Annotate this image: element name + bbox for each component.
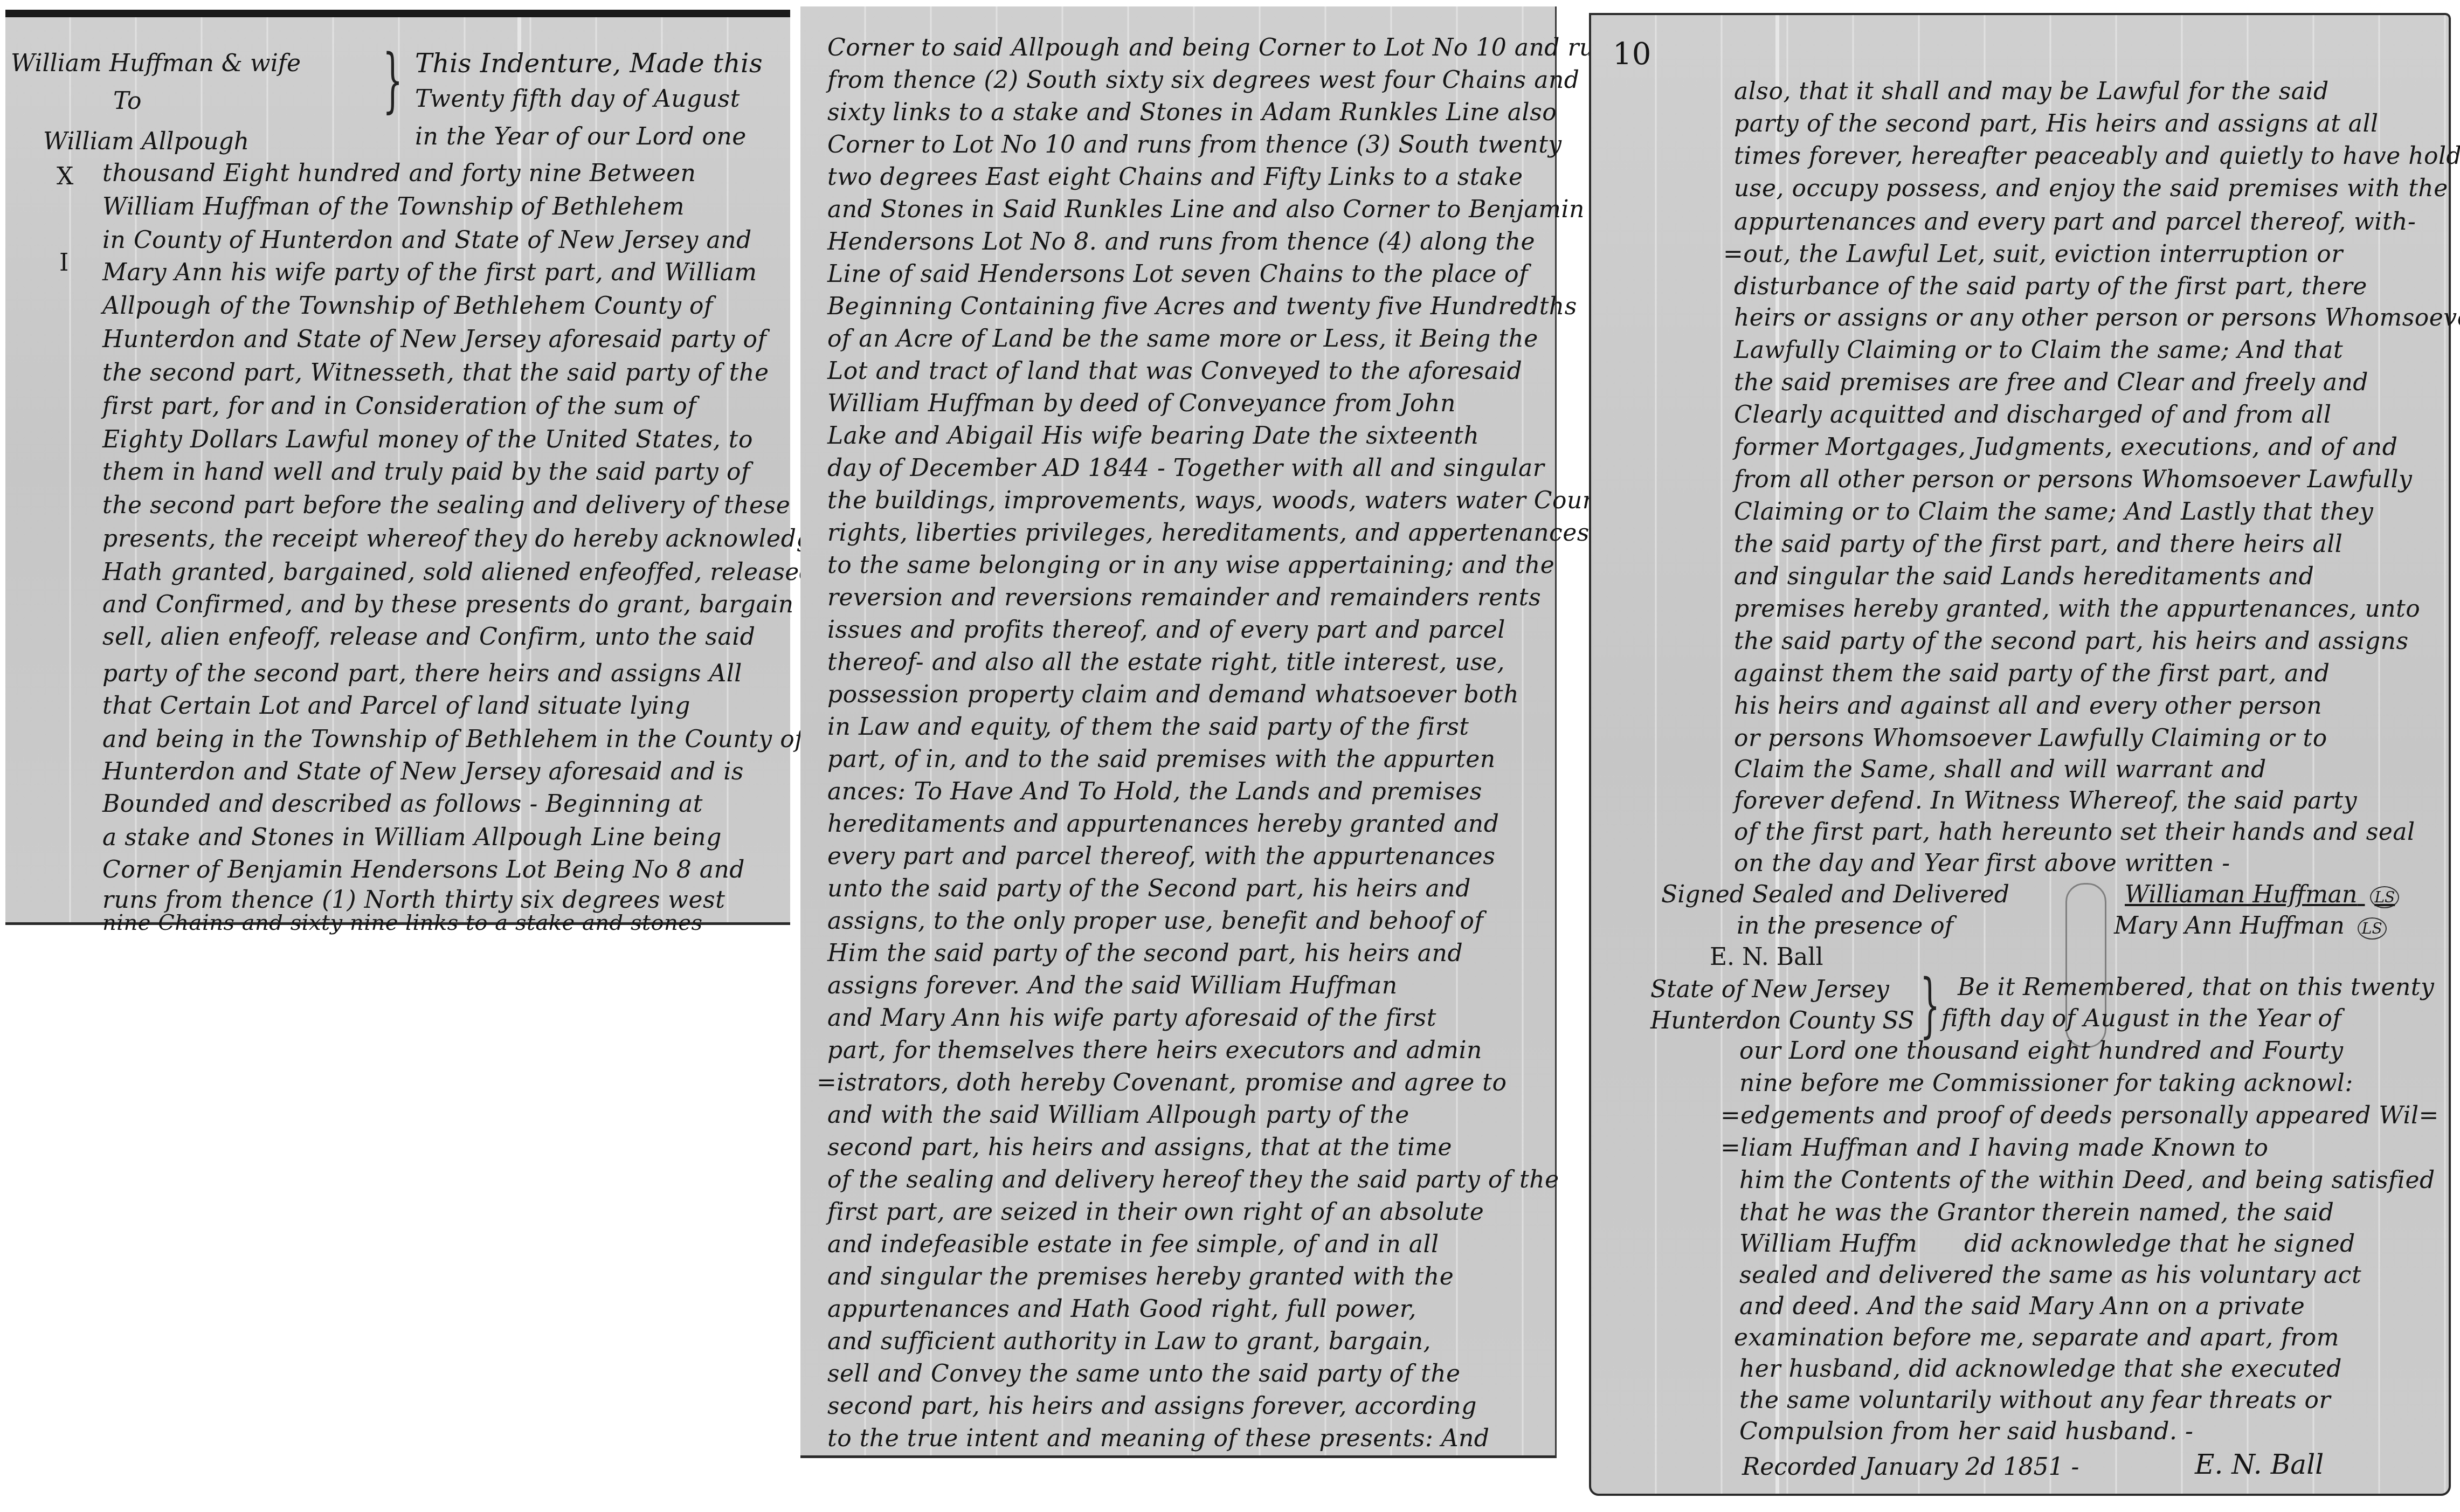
deed-line: his heirs and against all and every othe…: [1734, 694, 2322, 718]
margin-caption-to: To: [113, 87, 141, 115]
deed-line: party of the second part, His heirs and …: [1734, 112, 2379, 136]
seal-ls-icon: LS: [2358, 917, 2387, 940]
deed-line: Lake and Abigail His wife bearing Date t…: [827, 424, 1479, 448]
deed-line: from all other person or persons Whomsoe…: [1734, 468, 2412, 492]
deed-line: to the true intent and meaning of these …: [827, 1427, 1490, 1451]
deed-line: thereof- and also all the estate right, …: [827, 651, 1505, 674]
presence-label: in the presence of: [1737, 912, 1953, 940]
deed-line: appurtenances and Hath Good right, full …: [827, 1297, 1416, 1321]
deed-line: Hath granted, bargained, sold aliened en…: [102, 561, 815, 584]
deed-line: a stake and Stones in William Allpough L…: [102, 826, 722, 850]
signature-name: Williaman Huffman: [2125, 881, 2357, 908]
deed-line: also, that it shall and may be Lawful fo…: [1734, 80, 2329, 103]
commissioner-signature: E. N. Ball: [2195, 1449, 2324, 1480]
deed-line: presents, the receipt whereof they do he…: [102, 527, 826, 551]
deed-line: of the sealing and delivery hereof they …: [827, 1168, 1559, 1192]
deed-line: Line of said Hendersons Lot seven Chains…: [827, 263, 1528, 286]
deed-line: rights, liberties privileges, hereditame…: [827, 521, 1590, 545]
ack-line: nine before me Commissioner for taking a…: [1739, 1072, 2353, 1095]
deed-line: and sufficient authority in Law to grant…: [827, 1330, 1431, 1354]
deed-line: =istrators, doth hereby Covenant, promis…: [817, 1071, 1507, 1095]
margin-caption-grantor: William Huffman & wife: [11, 50, 301, 77]
deed-line: Corner to said Allpough and being Corner…: [827, 36, 1623, 60]
page-number: 10: [1613, 37, 1651, 72]
ack-line: the same voluntarily without any fear th…: [1739, 1389, 2331, 1412]
deed-line: times forever, hereafter peaceably and q…: [1734, 144, 2460, 168]
deed-line: Allpough of the Township of Bethlehem Co…: [102, 294, 713, 318]
ack-line: examination before me, separate and apar…: [1734, 1326, 2339, 1350]
deed-line: Hendersons Lot No 8. and runs from thenc…: [827, 230, 1535, 254]
deed-line: the buildings, improvements, ways, woods…: [827, 489, 1633, 513]
deed-line: nine Chains and sixty nine links to a st…: [102, 912, 703, 934]
deed-line: ances: To Have And To Hold, the Lands an…: [827, 780, 1482, 804]
deed-line: Hunterdon and State of New Jersey afores…: [102, 760, 744, 784]
deed-line: and singular the said Lands hereditament…: [1734, 565, 2314, 589]
deed-line: Twenty fifth day of August: [415, 87, 740, 111]
deed-line: forever defend. In Witness Whereof, the …: [1734, 789, 2357, 813]
deed-line: on the day and Year first above written …: [1734, 852, 2230, 875]
deed-line: Lawfully Claiming or to Claim the same; …: [1734, 339, 2343, 362]
deed-line: the said party of the first part, and th…: [1734, 533, 2342, 556]
ack-line: Compulsion from her said husband. -: [1739, 1420, 2193, 1444]
deed-line: Claiming or to Claim the same; And Lastl…: [1734, 500, 2373, 524]
margin-mark-i: I: [59, 249, 68, 277]
deed-line: Him the said party of the second part, h…: [827, 942, 1463, 965]
ack-line: William Huffm did acknowledge that he si…: [1739, 1232, 2355, 1256]
deed-line: unto the said party of the Second part, …: [827, 877, 1471, 901]
ack-line: Be it Remembered, that on this twenty: [1958, 976, 2434, 999]
ack-line: sealed and delivered the same as his vol…: [1739, 1264, 2361, 1287]
deed-line: first part, for and in Consideration of …: [102, 395, 696, 418]
venue-state: State of New Jersey: [1650, 976, 1889, 1003]
venue-brace: }: [1920, 964, 1940, 1046]
deed-line: and Stones in Said Runkles Line and also…: [827, 198, 1585, 222]
recorded-date: Recorded January 2d 1851 -: [1742, 1453, 2079, 1481]
deed-line: and Confirmed, and by these presents do …: [102, 593, 794, 617]
deed-line: reversion and reversions remainder and r…: [827, 586, 1541, 610]
deed-line: use, occupy possess, and enjoy the said …: [1734, 177, 2448, 201]
deed-line: Mary Ann his wife party of the first par…: [102, 261, 757, 285]
deed-line: the second part, Witnesseth, that the sa…: [102, 361, 769, 385]
ack-line: him the Contents of the within Deed, and…: [1739, 1169, 2435, 1192]
deed-line: William Huffman by deed of Conveyance fr…: [827, 392, 1456, 416]
deed-line: runs from thence (1) North thirty six de…: [102, 888, 725, 912]
deed-line: assigns, to the only proper use, benefit…: [827, 909, 1483, 933]
grantor-signature-william: Williaman Huffman LS: [2125, 881, 2399, 908]
deed-line: sixty links to a stake and Stones in Ada…: [827, 101, 1557, 125]
deed-line: day of December AD 1844 - Together with …: [827, 457, 1544, 480]
deed-line: them in hand well and truly paid by the …: [102, 460, 750, 484]
witness-signature: E. N. Ball: [1710, 943, 1823, 971]
deed-line: of an Acre of Land be the same more or L…: [827, 327, 1538, 351]
deed-page-middle: Corner to said Allpough and being Corner…: [800, 6, 1557, 1458]
ack-line: and deed. And the said Mary Ann on a pri…: [1739, 1295, 2305, 1318]
deed-line: and Mary Ann his wife party aforesaid of…: [827, 1006, 1436, 1030]
deed-line: or persons Whomsoever Lawfully Claiming …: [1734, 727, 2327, 750]
ack-line: =liam Huffman and I having made Known to: [1720, 1136, 2269, 1160]
deed-line: thousand Eight hundred and forty nine Be…: [102, 162, 696, 185]
deed-line: first part, are seized in their own righ…: [827, 1200, 1484, 1224]
deed-line: heirs or assigns or any other person or …: [1734, 306, 2460, 330]
deed-line: premises hereby granted, with the appurt…: [1734, 597, 2420, 621]
ack-line: her husband, did acknowledge that she ex…: [1739, 1357, 2342, 1381]
margin-mark-x: X: [57, 163, 73, 190]
deed-line: Eighty Dollars Lawful money of the Unite…: [102, 428, 753, 452]
deed-page-right: 10 also, that it shall and may be Lawful…: [1589, 13, 2451, 1496]
deed-line: second part, his heirs and assigns, that…: [827, 1136, 1452, 1159]
deed-line: second part, his heirs and assigns forev…: [827, 1394, 1477, 1418]
deed-line: Bounded and described as follows - Begin…: [102, 792, 703, 816]
deed-line: and with the said William Allpough party…: [827, 1103, 1409, 1127]
seal-ls-icon: LS: [2370, 886, 2399, 908]
witness-label: Signed Sealed and Delivered: [1661, 881, 2009, 908]
deed-line: to the same belonging or in any wise app…: [827, 554, 1554, 577]
deed-line: and being in the Township of Bethlehem i…: [102, 728, 804, 751]
deed-line: the said premises are free and Clear and…: [1734, 371, 2368, 395]
venue-county: Hunterdon County SS: [1650, 1007, 1915, 1034]
deed-line: the said party of the second part, his h…: [1734, 630, 2408, 653]
deed-line: possession property claim and demand wha…: [827, 683, 1519, 707]
deed-line: in County of Hunterdon and State of New …: [102, 229, 752, 252]
deed-line: Clearly acquitted and discharged of and …: [1734, 403, 2332, 427]
deed-line: Corner to Lot No 10 and runs from thence…: [827, 133, 1562, 157]
grantor-signature-mary-ann: Mary Ann Huffman LS: [2114, 912, 2387, 940]
deed-line: against them the said party of the first…: [1734, 662, 2330, 686]
ack-line: =edgements and proof of deeds personally…: [1720, 1104, 2439, 1128]
deed-line: part, of in, and to the said premises wi…: [827, 748, 1496, 771]
ack-line: our Lord one thousand eight hundred and …: [1739, 1039, 2344, 1063]
margin-caption-grantee: William Allpough: [43, 128, 249, 155]
deed-line: the second part before the sealing and d…: [102, 494, 790, 517]
deed-line: former Mortgages, Judgments, executions,…: [1734, 436, 2397, 459]
deed-line: disturbance of the said party of the fir…: [1734, 275, 2367, 299]
deed-line: in the Year of our Lord one: [415, 125, 747, 149]
deed-line: of the first part, hath hereunto set the…: [1734, 820, 2415, 844]
deed-line: This Indenture, Made this: [415, 51, 763, 77]
deed-line: party of the second part, there heirs an…: [102, 662, 742, 686]
deed-line: assigns forever. And the said William Hu…: [827, 974, 1398, 998]
deed-line: sell and Convey the same unto the said p…: [827, 1362, 1461, 1386]
caption-brace: }: [383, 39, 403, 121]
deed-line: =out, the Lawful Let, suit, eviction int…: [1723, 243, 2343, 266]
deed-line: sell, alien enfeoff, release and Confirm…: [102, 625, 755, 649]
deed-line: Hunterdon and State of New Jersey afores…: [102, 328, 766, 351]
deed-line: in Law and equity, of them the said part…: [827, 715, 1469, 739]
deed-line: from thence (2) South sixty six degrees …: [827, 68, 1579, 92]
deed-line: Claim the Same, shall and will warrant a…: [1734, 758, 2266, 782]
deed-line: Corner of Benjamin Hendersons Lot Being …: [102, 858, 745, 882]
deed-line: William Huffman of the Township of Bethl…: [102, 195, 685, 219]
deed-line: two degrees East eight Chains and Fifty …: [827, 165, 1523, 189]
deed-line: issues and profits thereof, and of every…: [827, 618, 1505, 642]
deed-line: every part and parcel thereof, with the …: [827, 845, 1495, 868]
deed-line: part, for themselves there heirs executo…: [827, 1039, 1482, 1062]
deed-line: appurtenances and every part and parcel …: [1734, 210, 2416, 234]
deed-line: and indefeasible estate in fee simple, o…: [827, 1233, 1439, 1256]
signature-name: Mary Ann Huffman: [2114, 912, 2345, 940]
ack-line: fifth day of August in the Year of: [1941, 1007, 2341, 1031]
deed-line: that Certain Lot and Parcel of land situ…: [102, 694, 690, 718]
deed-line: and singular the premises hereby granted…: [827, 1265, 1454, 1289]
deed-line: hereditaments and appurtenances hereby g…: [827, 812, 1499, 836]
deed-line: Lot and tract of land that was Conveyed …: [827, 360, 1522, 383]
deed-page-left: William Huffman & wife To William Allpou…: [5, 10, 790, 925]
ack-line: that he was the Grantor therein named, t…: [1739, 1201, 2334, 1225]
deed-line: Beginning Containing five Acres and twen…: [827, 295, 1577, 319]
